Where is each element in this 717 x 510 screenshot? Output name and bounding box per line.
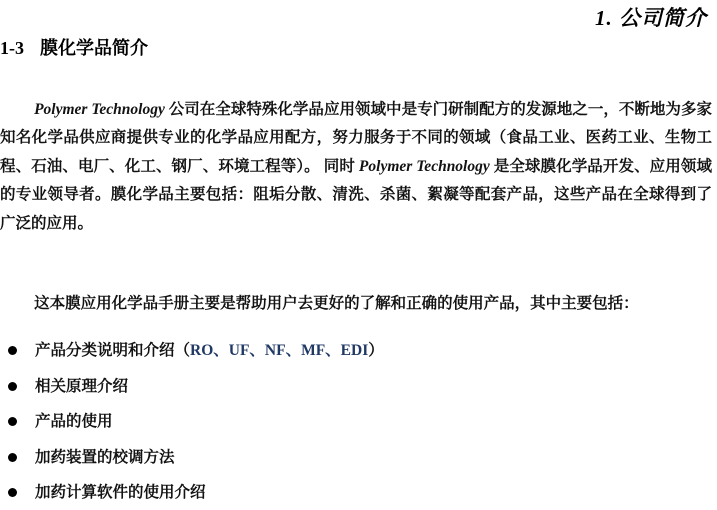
list-item: 产品的使用	[0, 411, 700, 432]
bullet-text: 产品的使用	[35, 413, 113, 430]
section-title: 膜化学品简介	[40, 38, 148, 58]
bullet-icon	[8, 488, 17, 497]
bullet-text: 产品分类说明和介绍（	[35, 342, 190, 359]
intro-paragraph: Polymer Technology 公司在全球特殊化学品应用领域中是专门研制配…	[0, 96, 712, 239]
bullet-icon	[8, 382, 17, 391]
list-item: 产品分类说明和介绍（RO、UF、NF、MF、EDI）	[0, 340, 700, 361]
document-page: 1. 公司简介 1-3膜化学品简介 Polymer Technology 公司在…	[0, 0, 717, 510]
section-number: 1-3	[0, 38, 24, 58]
bullet-icon	[8, 417, 17, 426]
list-item: 加药装置的校调方法	[0, 447, 700, 468]
bullet-icon	[8, 453, 17, 462]
list-item: 加药计算软件的使用介绍	[0, 482, 700, 503]
membrane-acronyms: RO、UF、NF、MF、EDI	[190, 342, 368, 359]
brand-name: Polymer Technology	[359, 158, 490, 175]
chapter-header: 1. 公司简介	[595, 2, 707, 32]
feature-bullet-list: 产品分类说明和介绍（RO、UF、NF、MF、EDI） 相关原理介绍 产品的使用 …	[0, 340, 700, 510]
list-item: 相关原理介绍	[0, 376, 700, 397]
brand-name: Polymer Technology	[34, 101, 165, 118]
section-heading: 1-3膜化学品简介	[0, 34, 148, 60]
bullet-text: 加药计算软件的使用介绍	[35, 484, 206, 501]
bullet-icon	[8, 346, 17, 355]
bullet-text-suffix: ）	[368, 342, 384, 359]
bullet-text: 加药装置的校调方法	[35, 449, 175, 466]
handbook-note-paragraph: 这本膜应用化学品手册主要是帮助用户去更好的了解和正确的使用产品，其中主要包括：	[0, 290, 712, 318]
bullet-text: 相关原理介绍	[35, 378, 128, 395]
